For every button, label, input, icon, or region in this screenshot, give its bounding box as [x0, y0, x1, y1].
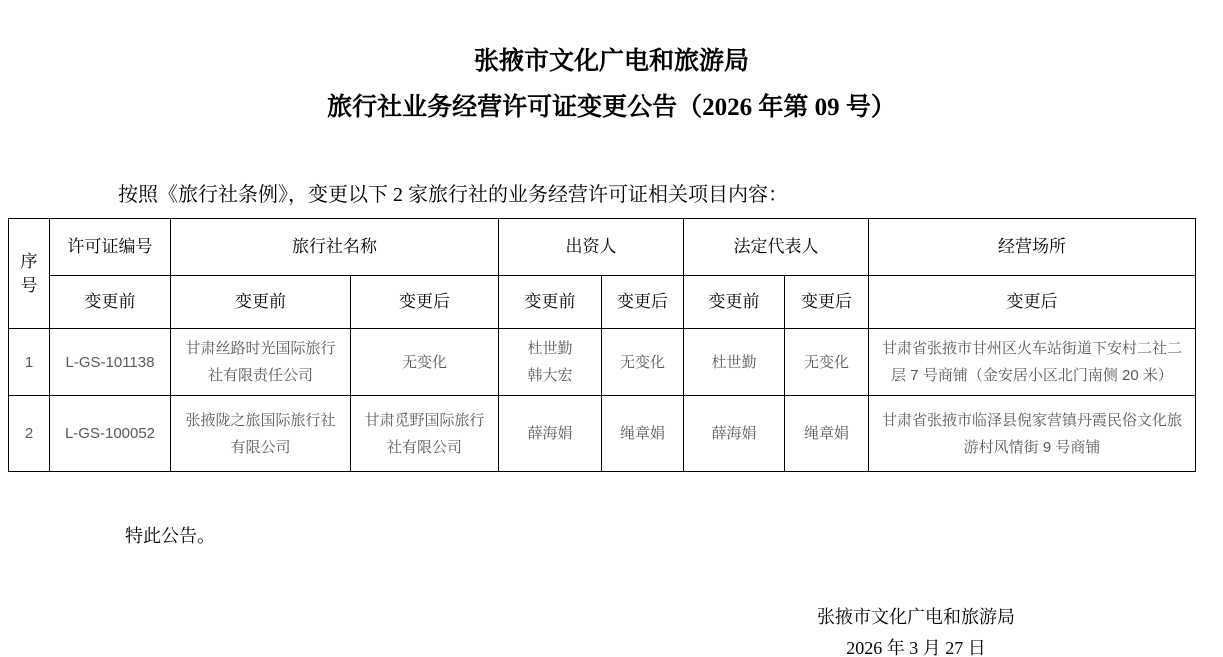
subheader-name-before: 变更前 — [171, 276, 351, 329]
cell-premises-after: 甘肃省张掖市临泽县倪家营镇丹霞民俗文化旅游村风情街 9 号商铺 — [869, 396, 1196, 472]
intro-paragraph: 按照《旅行社条例》，变更以下 2 家旅行社的业务经营许可证相关项目内容： — [0, 181, 1223, 209]
document-title-line2: 旅行社业务经营许可证变更公告（2026 年第 09 号） — [0, 92, 1223, 124]
subheader-investor-before: 变更前 — [499, 276, 602, 329]
header-legal-rep: 法定代表人 — [684, 219, 869, 276]
cell-premises-after: 甘肃省张掖市甘州区火车站街道下安村二社二层 7 号商铺（金安居小区北门南侧 20… — [869, 329, 1196, 396]
subheader-legal-rep-after: 变更后 — [785, 276, 869, 329]
table-row: 2 L-GS-100052 张掖陇之旅国际旅行社有限公司 甘肃觅野国际旅行社有限… — [9, 396, 1196, 472]
subheader-legal-rep-before: 变更前 — [684, 276, 785, 329]
cell-license-before: L-GS-101138 — [50, 329, 171, 396]
table-row: 1 L-GS-101138 甘肃丝路时光国际旅行社有限责任公司 无变化 杜世勤 … — [9, 329, 1196, 396]
header-seq: 序号 — [9, 219, 50, 329]
signature-organization: 张掖市文化广电和旅游局 — [817, 602, 1015, 633]
subheader-name-after: 变更后 — [351, 276, 499, 329]
document-title-line1: 张掖市文化广电和旅游局 — [0, 46, 1223, 78]
cell-name-before: 张掖陇之旅国际旅行社有限公司 — [171, 396, 351, 472]
subheader-investor-after: 变更后 — [602, 276, 684, 329]
cell-investor-before: 杜世勤 韩大宏 — [499, 329, 602, 396]
subheader-license-before: 变更前 — [50, 276, 171, 329]
document-page: 张掖市文化广电和旅游局 旅行社业务经营许可证变更公告（2026 年第 09 号）… — [0, 0, 1223, 657]
cell-name-after: 甘肃觅野国际旅行社有限公司 — [351, 396, 499, 472]
cell-investor-after: 绳章娟 — [602, 396, 684, 472]
cell-name-before: 甘肃丝路时光国际旅行社有限责任公司 — [171, 329, 351, 396]
cell-legal-rep-after: 绳章娟 — [785, 396, 869, 472]
cell-investor-after: 无变化 — [602, 329, 684, 396]
cell-seq: 2 — [9, 396, 50, 472]
cell-legal-rep-before: 杜世勤 — [684, 329, 785, 396]
header-agency-name: 旅行社名称 — [171, 219, 499, 276]
closing-statement: 特此公告。 — [125, 524, 1223, 548]
table-header-sub-row: 变更前 变更前 变更后 变更前 变更后 变更前 变更后 变更后 — [9, 276, 1196, 329]
header-premises: 经营场所 — [869, 219, 1196, 276]
license-change-table: 序号 许可证编号 旅行社名称 出资人 法定代表人 经营场所 变更前 变更前 变更… — [8, 218, 1196, 472]
signature-block: 张掖市文化广电和旅游局 2026 年 3 月 27 日 — [817, 602, 1015, 657]
cell-name-after: 无变化 — [351, 329, 499, 396]
signature-date: 2026 年 3 月 27 日 — [817, 633, 1015, 657]
cell-legal-rep-before: 薛海娟 — [684, 396, 785, 472]
cell-seq: 1 — [9, 329, 50, 396]
header-license: 许可证编号 — [50, 219, 171, 276]
subheader-premises-after: 变更后 — [869, 276, 1196, 329]
cell-license-before: L-GS-100052 — [50, 396, 171, 472]
cell-legal-rep-after: 无变化 — [785, 329, 869, 396]
cell-investor-before: 薛海娟 — [499, 396, 602, 472]
table-header-group-row: 序号 许可证编号 旅行社名称 出资人 法定代表人 经营场所 — [9, 219, 1196, 276]
header-investor: 出资人 — [499, 219, 684, 276]
